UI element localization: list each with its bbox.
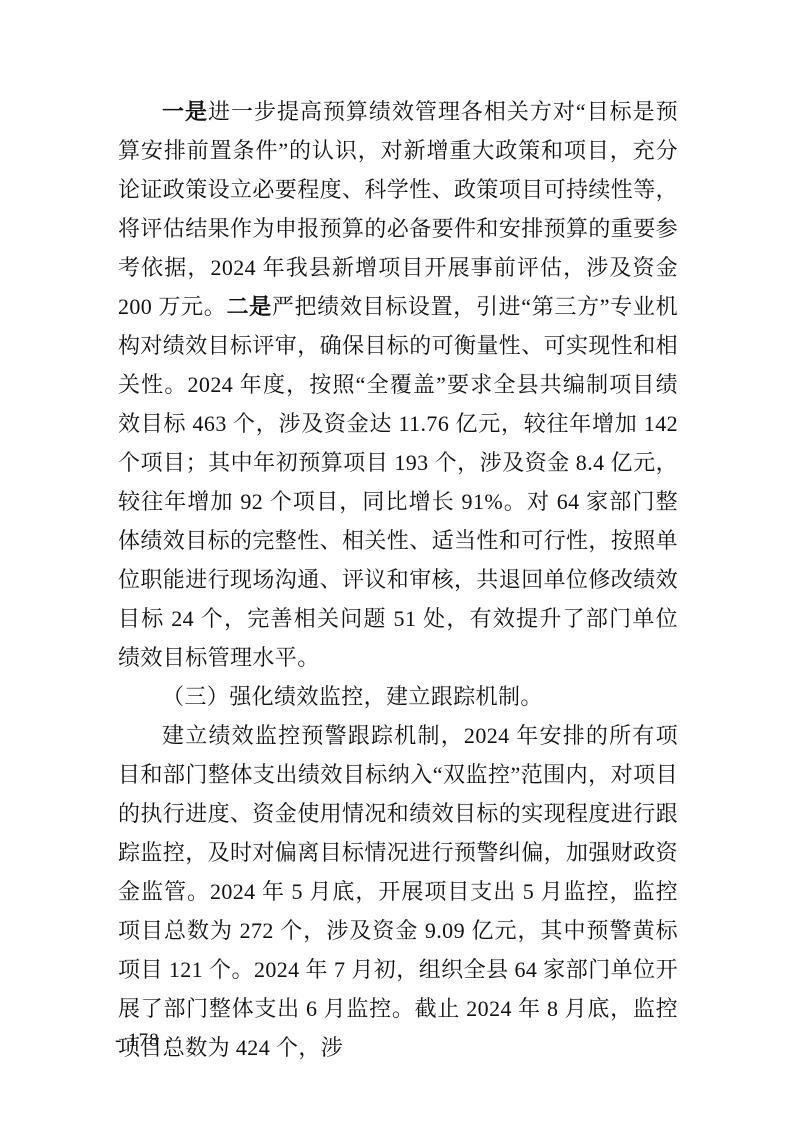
page-number: - 178 - (115, 1030, 173, 1052)
paragraph-pre-evaluation-and-targets: 一是进一步提高预算绩效管理各相关方对“目标是预算安排前置条件”的认识，对新增重大… (118, 92, 678, 677)
text-run: 进一步提高预算绩效管理各相关方对“目标是预算安排前置条件”的认识，对新增重大政策… (118, 99, 678, 319)
text-run: 严把绩效目标设置，引进“第三方”专业机构对绩效目标评审，确保目标的可衡量性、可实… (118, 294, 678, 670)
bold-text-run: 二是 (226, 294, 271, 319)
document-body: 一是进一步提高预算绩效管理各相关方对“目标是预算安排前置条件”的认识，对新增重大… (118, 92, 678, 1067)
section-heading-performance-monitoring: （三）强化绩效监控，建立跟踪机制。 (118, 677, 678, 716)
document-page: 一是进一步提高预算绩效管理各相关方对“目标是预算安排前置条件”的认识，对新增重大… (0, 0, 793, 1122)
bold-text-run: 一是 (162, 99, 208, 124)
paragraph-monitoring-mechanism: 建立绩效监控预警跟踪机制，2024 年安排的所有项目和部门整体支出绩效目标纳入“… (118, 716, 678, 1067)
text-run: （三）强化绩效监控，建立跟踪机制。 (162, 684, 543, 709)
text-run: 建立绩效监控预警跟踪机制，2024 年安排的所有项目和部门整体支出绩效目标纳入“… (118, 723, 678, 1060)
